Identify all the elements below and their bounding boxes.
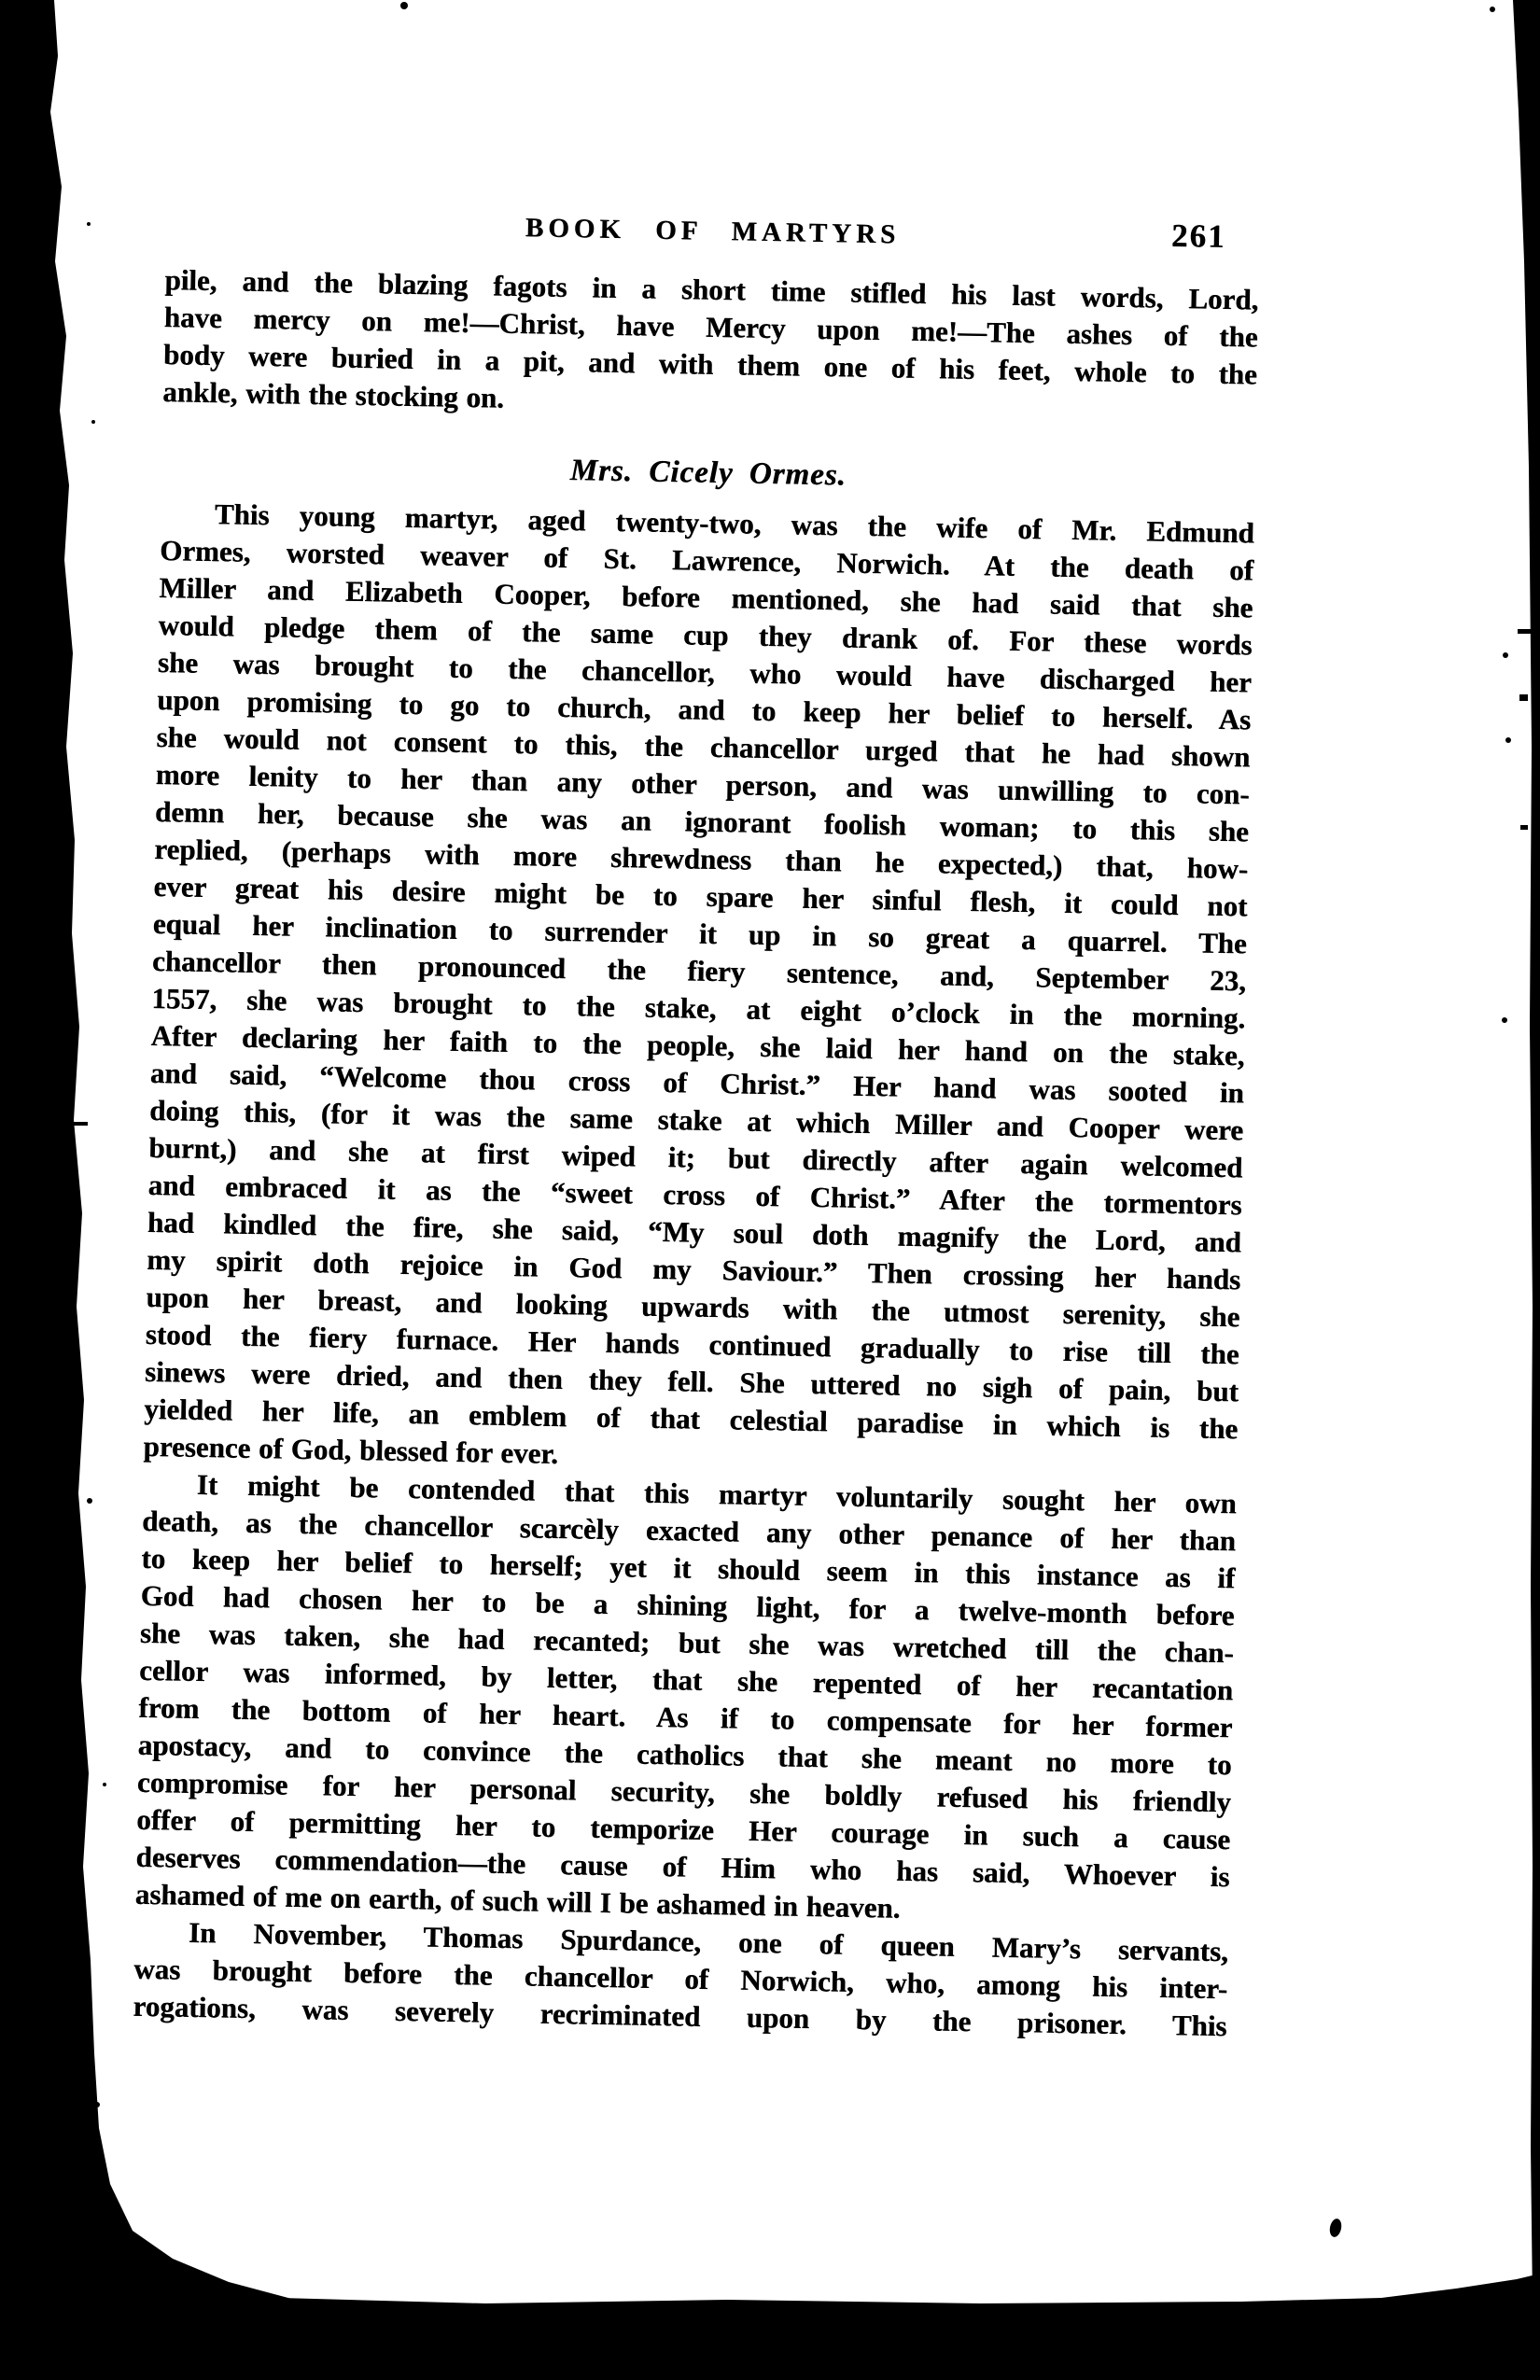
paragraph-thomas-spurdance: In November, Thomas Spurdance, one of qu… xyxy=(133,1913,1228,2045)
paragraph-stake-continuation: pile, and the blazing fagots in a short … xyxy=(162,261,1259,430)
paragraph-commentary: It might be contended that this martyr v… xyxy=(134,1465,1237,1933)
book-page-scan: BOOK OF MARTYRS 261 pile, and the blazin… xyxy=(0,0,1540,2380)
page-number: 261 xyxy=(1171,218,1226,255)
scan-edge-bottom xyxy=(0,2268,1540,2380)
section-heading: Mrs. Cicely Ormes. xyxy=(161,444,1256,501)
paragraph-cicely-ormes: This young martyr, aged twenty-two, was … xyxy=(143,495,1254,1485)
running-header: BOOK OF MARTYRS 261 xyxy=(165,203,1259,259)
scan-edge-right xyxy=(1513,0,1540,2380)
page-content: BOOK OF MARTYRS 261 pile, and the blazin… xyxy=(133,203,1260,2045)
running-head-title: BOOK OF MARTYRS xyxy=(165,203,1259,259)
page-body: pile, and the blazing fagots in a short … xyxy=(133,261,1258,2045)
